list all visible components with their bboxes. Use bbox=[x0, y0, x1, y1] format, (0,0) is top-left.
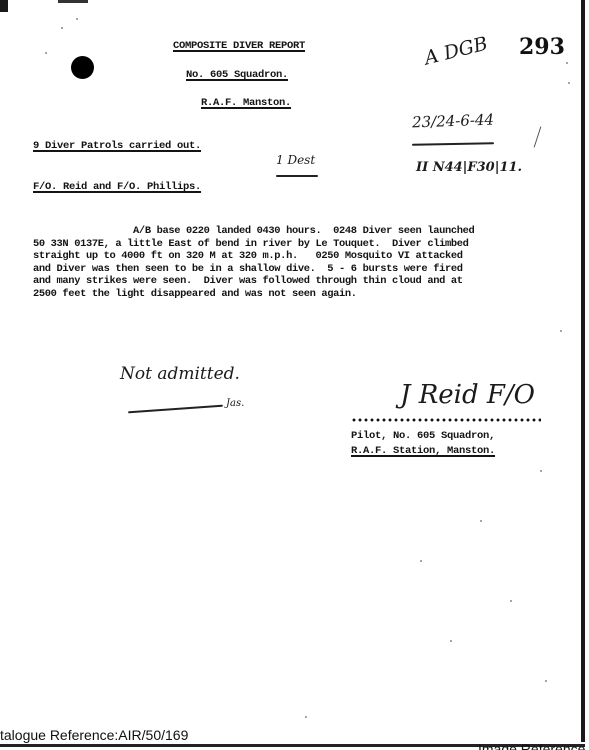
scan-speck bbox=[566, 62, 568, 64]
report-body: A/B base 0220 landed 0430 hours. 0248 Di… bbox=[33, 225, 553, 301]
scan-speck bbox=[450, 640, 452, 642]
file-reference-annotation: II N44|F30|11. bbox=[416, 160, 522, 175]
squadron-heading: No. 605 Squadron. bbox=[186, 69, 288, 81]
margin-note-underline bbox=[276, 175, 318, 177]
note-initials: Jas. bbox=[226, 398, 244, 409]
document-page: COMPOSITE DIVER REPORT No. 605 Squadron.… bbox=[0, 0, 585, 750]
reference-code-annotation: A DGB bbox=[422, 33, 490, 70]
punch-hole bbox=[71, 56, 94, 79]
body-line: straight up to 4000 ft on 320 M at 320 m… bbox=[33, 250, 553, 263]
report-title: COMPOSITE DIVER REPORT bbox=[173, 40, 305, 52]
signature-pilot-line: Pilot, No. 605 Squadron, bbox=[351, 430, 495, 442]
scan-edge bbox=[581, 0, 585, 742]
page-number: 293 bbox=[519, 34, 565, 60]
crew-names: F/O. Reid and F/O. Phillips. bbox=[33, 181, 201, 193]
scan-speck bbox=[480, 520, 482, 522]
not-admitted-note: Not admitted. bbox=[120, 364, 240, 384]
scan-corner bbox=[0, 0, 8, 12]
note-stroke bbox=[128, 405, 223, 414]
scan-speck bbox=[305, 716, 307, 718]
signature-station-line: R.A.F. Station, Manston. bbox=[351, 445, 495, 457]
date-underline bbox=[412, 142, 494, 145]
image-reference: Image Reference bbox=[478, 740, 589, 750]
scan-speck bbox=[540, 470, 542, 472]
scan-speck bbox=[420, 560, 422, 562]
scan-speck bbox=[568, 82, 570, 84]
scan-speck bbox=[560, 330, 562, 332]
pilot-signature: J Reid F/O bbox=[400, 380, 535, 410]
date-annotation: 23/24-6-44 bbox=[412, 111, 495, 132]
destroyed-margin-note: 1 Dest bbox=[276, 153, 315, 167]
scan-speck bbox=[76, 18, 78, 20]
body-line: and Diver was then seen to be in a shall… bbox=[33, 263, 553, 276]
body-line: 50 33N 0137E, a little East of bend in r… bbox=[33, 238, 553, 251]
scan-speck bbox=[61, 27, 63, 29]
body-line: and many strikes were seen. Diver was fo… bbox=[33, 275, 553, 288]
catalogue-reference: talogue Reference:AIR/50/169 bbox=[0, 727, 188, 743]
scan-smudge bbox=[58, 0, 88, 3]
patrols-summary: 9 Diver Patrols carried out. bbox=[33, 140, 201, 152]
scan-speck bbox=[545, 680, 547, 682]
body-line: 2500 feet the light disappeared and was … bbox=[33, 288, 553, 301]
scan-speck bbox=[45, 52, 47, 54]
body-line: A/B base 0220 landed 0430 hours. 0248 Di… bbox=[33, 225, 553, 238]
scan-speck bbox=[510, 600, 512, 602]
signature-dotted-line bbox=[351, 418, 541, 422]
station-heading: R.A.F. Manston. bbox=[201, 97, 291, 109]
margin-mark bbox=[534, 126, 542, 147]
